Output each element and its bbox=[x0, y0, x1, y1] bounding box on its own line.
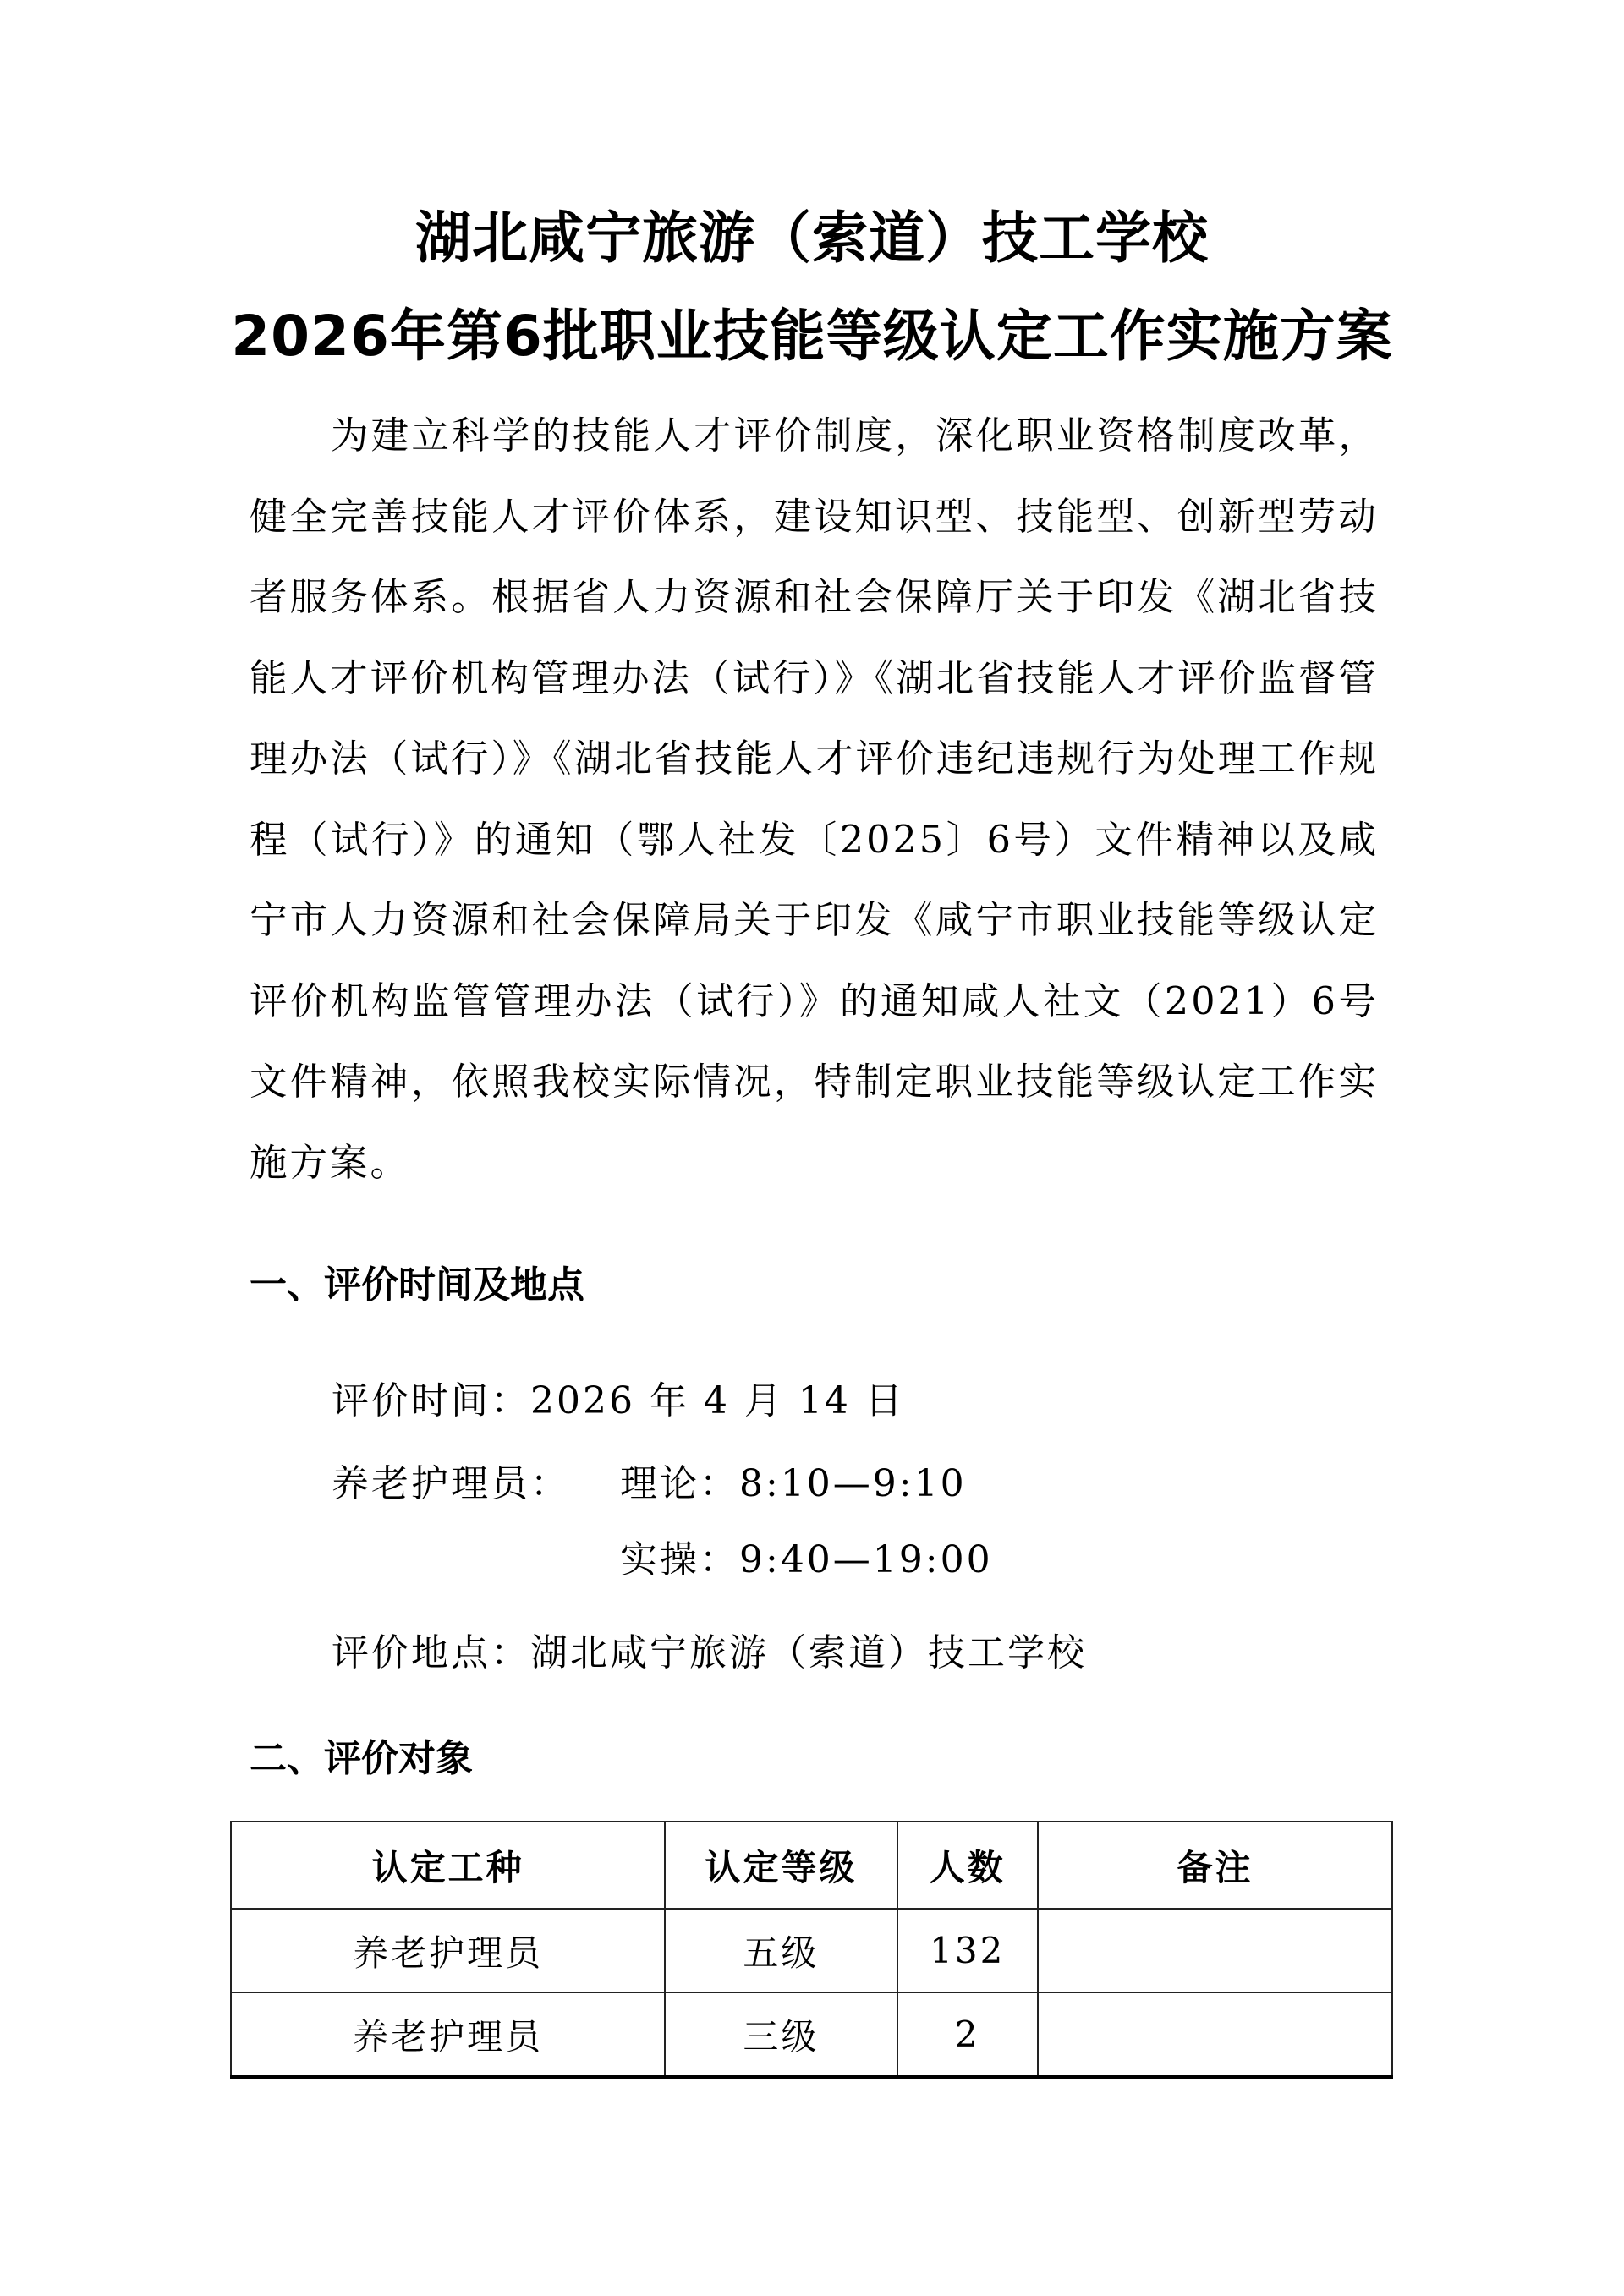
cell-level: 三级 bbox=[665, 1992, 897, 2077]
table-row: 养老护理员 五级 132 bbox=[231, 1909, 1392, 1992]
header-headcount: 人数 bbox=[897, 1822, 1038, 1909]
section-heading-evaluation-subjects: 二、评价对象 bbox=[250, 1734, 473, 1784]
document-page: 湖北咸宁旅游（索道）技工学校 2026年第6批职业技能等级认定工作实施方案 为建… bbox=[0, 0, 1624, 2296]
header-occupation: 认定工种 bbox=[231, 1822, 665, 1909]
document-title-line-2: 2026年第6批职业技能等级认定工作实施方案 bbox=[0, 303, 1624, 370]
table-row: 养老护理员 三级 2 bbox=[231, 1992, 1392, 2077]
table-header-row: 认定工种 认定等级 人数 备注 bbox=[231, 1822, 1392, 1909]
evaluation-location: 评价地点：湖北咸宁旅游（索道）技工学校 bbox=[332, 1628, 1087, 1679]
cell-headcount: 2 bbox=[897, 1992, 1038, 2077]
header-level: 认定等级 bbox=[665, 1822, 897, 1909]
role-label-elderly-caregiver: 养老护理员： bbox=[332, 1459, 570, 1510]
cell-remarks bbox=[1038, 1909, 1392, 1992]
intro-paragraph: 为建立科学的技能人才评价制度，深化职业资格制度改革，健全完善技能人才评价体系，建… bbox=[250, 396, 1379, 1203]
theory-exam-time: 理论：8:10—9:10 bbox=[620, 1459, 967, 1510]
cell-headcount: 132 bbox=[897, 1909, 1038, 1992]
header-remarks: 备注 bbox=[1038, 1822, 1392, 1909]
document-title-line-1: 湖北咸宁旅游（索道）技工学校 bbox=[0, 205, 1624, 272]
cell-occupation: 养老护理员 bbox=[231, 1909, 665, 1992]
cell-level: 五级 bbox=[665, 1909, 897, 1992]
cell-remarks bbox=[1038, 1992, 1392, 2077]
cell-occupation: 养老护理员 bbox=[231, 1992, 665, 2077]
evaluation-subjects-table: 认定工种 认定等级 人数 备注 养老护理员 五级 132 养老护理员 三级 2 bbox=[230, 1821, 1393, 2079]
practical-exam-time: 实操：9:40—19:00 bbox=[620, 1535, 993, 1586]
section-heading-time-location: 一、评价时间及地点 bbox=[250, 1260, 584, 1311]
evaluation-date: 评价时间：2026 年 4 月 14 日 bbox=[332, 1376, 905, 1427]
